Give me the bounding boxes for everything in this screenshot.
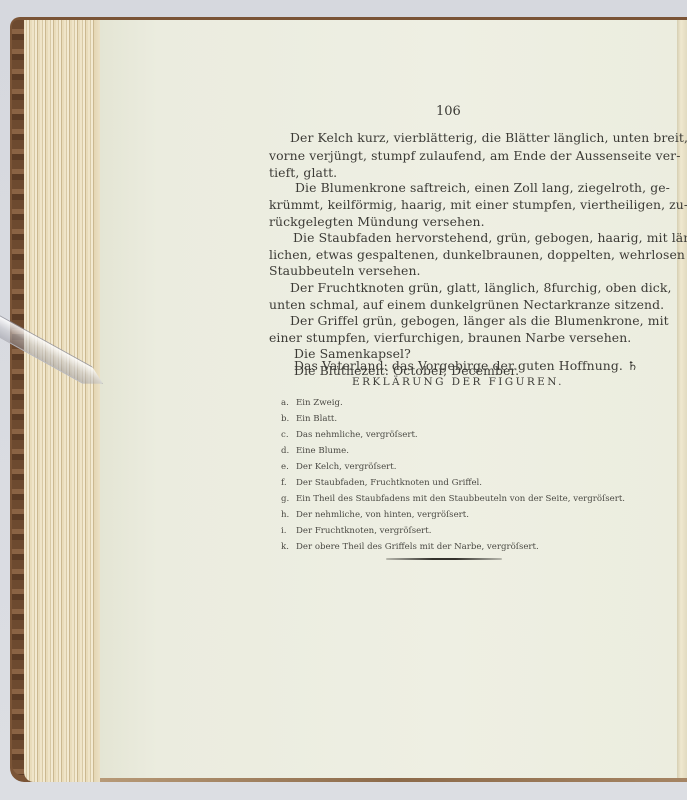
paragraph-line: Der Griffel grün, gebogen, länger als di… (290, 313, 669, 328)
figure-letter: f. (281, 478, 296, 488)
figure-description: Ein Blatt. (296, 414, 337, 424)
page-number: 106 (436, 104, 461, 119)
figure-letter: c. (281, 430, 296, 440)
paragraph-line: vorne verjüngt, stumpf zulaufend, am End… (269, 148, 681, 163)
figure-list-item: f.Der Staubfaden, Fruchtknoten und Griff… (281, 478, 482, 488)
paragraph-line: unten schmal, auf einem dunkelgrünen Nec… (269, 297, 664, 312)
figure-letter: e. (281, 462, 296, 472)
figure-description: Eine Blume. (296, 446, 349, 456)
figure-description: Der nehmliche, von hinten, vergröſsert. (296, 510, 469, 520)
figure-description: Der Kelch, vergröſsert. (296, 462, 396, 472)
figure-list-item: g.Ein Theil des Staubfadens mit den Stau… (281, 494, 625, 504)
figure-list-item: d.Eine Blume. (281, 446, 349, 456)
figure-description: Der obere Theil des Griffels mit der Nar… (296, 542, 539, 552)
paragraph-line: lichen, etwas gespaltenen, dunkelbraunen… (269, 247, 685, 262)
paragraph-line: krümmt, keilförmig, haarig, mit einer st… (269, 197, 687, 212)
paragraph-line: rückgelegten Mündung versehen. (269, 214, 485, 229)
figure-letter: h. (281, 510, 296, 520)
figure-letter: a. (281, 398, 296, 408)
figure-list-item: h.Der nehmliche, von hinten, vergröſsert… (281, 510, 469, 520)
figure-description: Der Staubfaden, Fruchtknoten und Griffel… (296, 478, 482, 488)
section-heading: ERKLÄRUNG DER FIGUREN. (352, 376, 564, 388)
paragraph-line: tieft, glatt. (269, 165, 337, 180)
figure-list-item: i.Der Fruchtknoten, vergröſsert. (281, 526, 431, 536)
figure-list-item: a.Ein Zweig. (281, 398, 343, 408)
figure-list-item: b.Ein Blatt. (281, 414, 337, 424)
figure-description: Der Fruchtknoten, vergröſsert. (296, 526, 431, 536)
figure-list-item: c.Das nehmliche, vergröſsert. (281, 430, 418, 440)
paragraph-line: einer stumpfen, vierfurchigen, braunen N… (269, 330, 631, 345)
figure-letter: d. (281, 446, 296, 456)
paragraph-line: Der Fruchtknoten grün, glatt, länglich, … (290, 280, 672, 295)
paragraph-line: Die Staubfaden hervorstehend, grün, gebo… (293, 230, 687, 245)
figure-list-item: e.Der Kelch, vergröſsert. (281, 462, 396, 472)
figure-description: Ein Theil des Staubfadens mit den Staubb… (296, 494, 625, 504)
figure-letter: b. (281, 414, 296, 424)
paragraph-line: Staubbeuteln versehen. (269, 263, 421, 278)
paragraph-line: Der Kelch kurz, vierblätterig, die Blätt… (290, 130, 687, 145)
figure-letter: g. (281, 494, 296, 504)
paragraph-line: Das Vaterland: das Vorgebirge der guten … (294, 358, 638, 373)
figure-description: Ein Zweig. (296, 398, 343, 408)
figure-description: Das nehmliche, vergröſsert. (296, 430, 418, 440)
figure-letter: i. (281, 526, 296, 536)
decorative-rule (386, 558, 502, 560)
stacked-page-edges (24, 20, 104, 782)
paragraph-line: Die Blumenkrone saftreich, einen Zoll la… (295, 180, 670, 195)
figure-letter: k. (281, 542, 296, 552)
cover-bottom-edge (100, 778, 687, 782)
figure-list-item: k.Der obere Theil des Griffels mit der N… (281, 542, 539, 552)
